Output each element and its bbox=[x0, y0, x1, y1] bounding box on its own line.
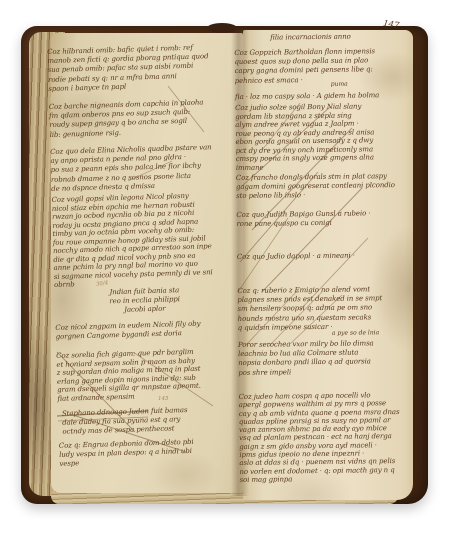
cancellation-strokes bbox=[0, 0, 450, 533]
manuscript-photo: Coz hilbrandi omib: bafic quiet i romb: … bbox=[0, 0, 450, 533]
